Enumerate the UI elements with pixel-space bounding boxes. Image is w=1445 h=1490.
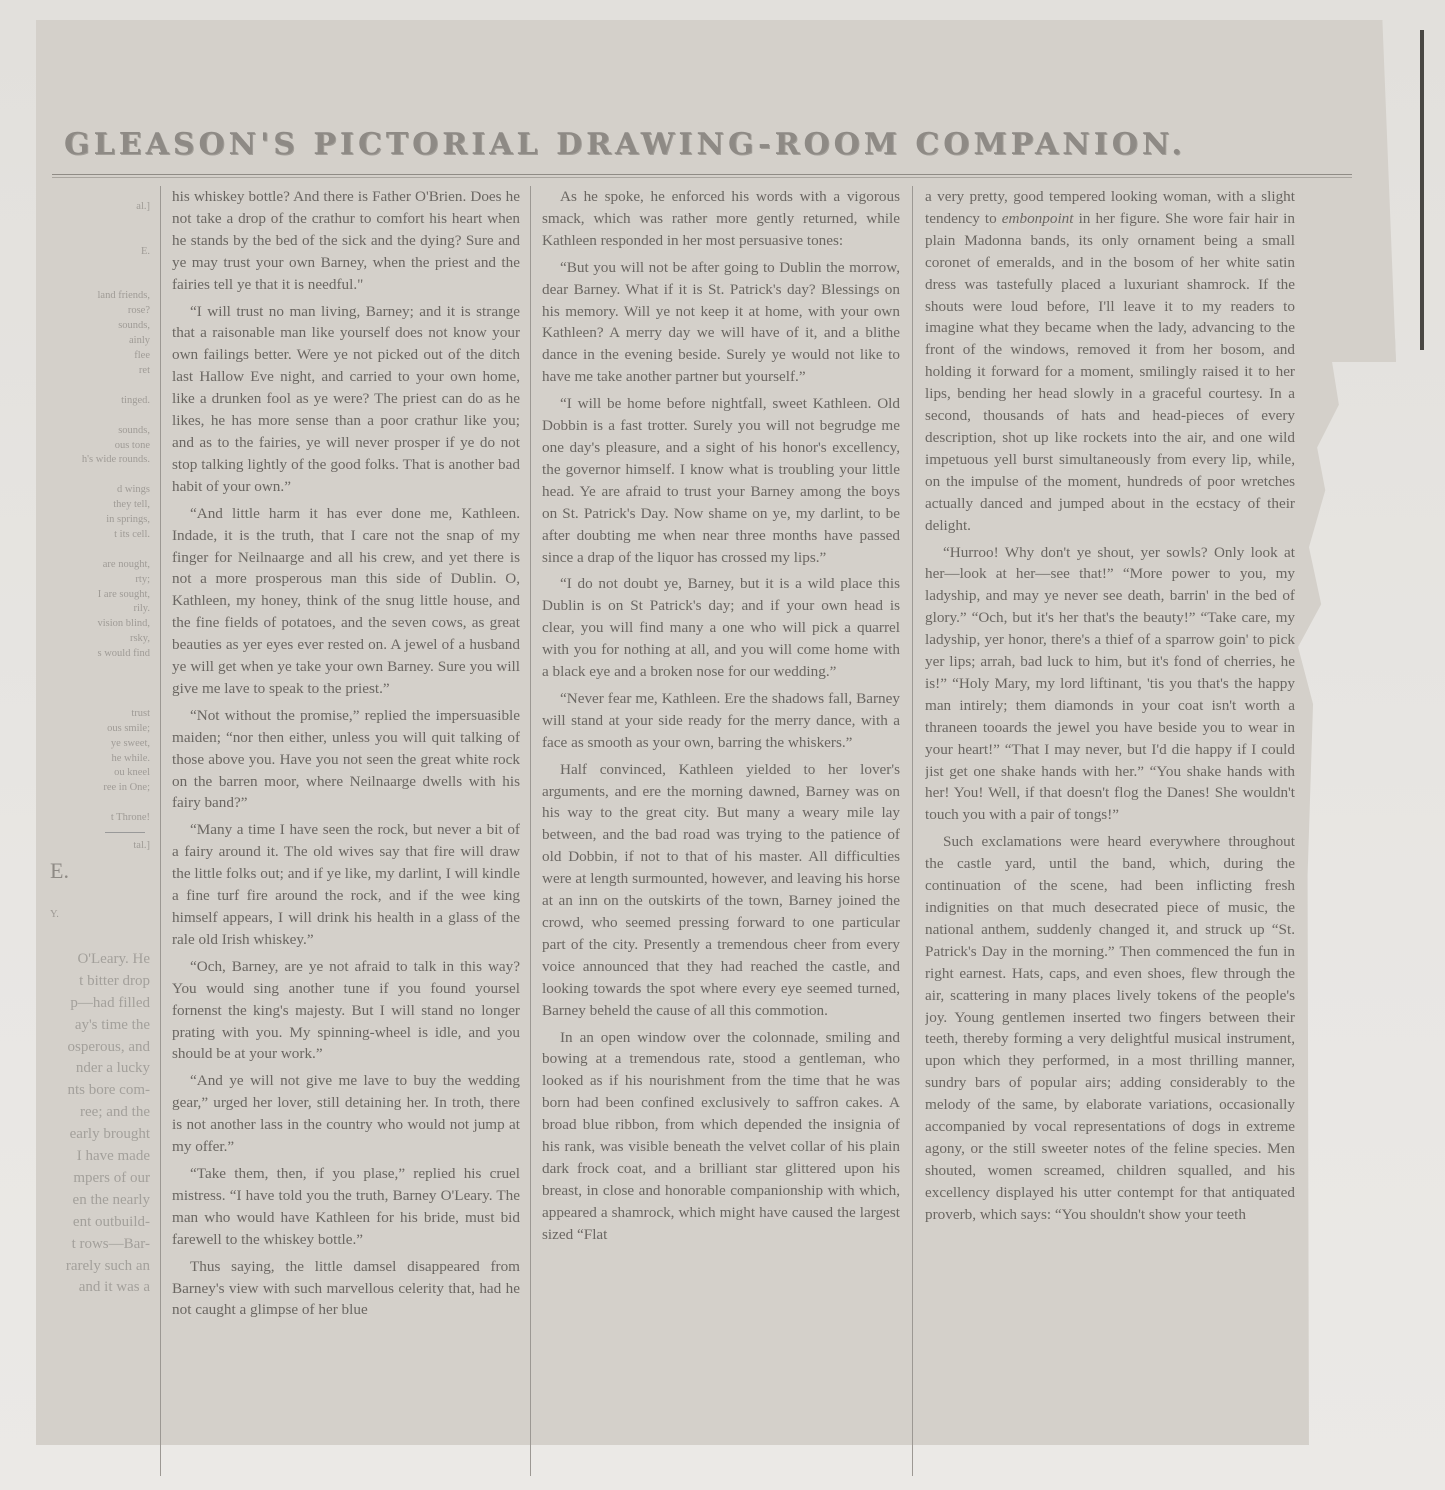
paragraph: Half convinced, Kathleen yielded to her … [542, 759, 900, 1022]
paragraph: In an open window over the colonnade, sm… [542, 1027, 900, 1246]
fragment-line: p—had filled [50, 993, 150, 1015]
fragment-line: s would find [50, 647, 150, 662]
fragment-line: rose? [50, 304, 150, 319]
fragment-line: mpers of our [50, 1168, 150, 1190]
fragment-line: rty; [50, 573, 150, 588]
fragment-line: O'Leary. He [50, 949, 150, 971]
fragment-line: en the nearly [50, 1190, 150, 1212]
fragment-line [50, 379, 150, 394]
paragraph: “I will be home before nightfall, sweet … [542, 393, 900, 568]
fragment-line [50, 260, 150, 275]
column-divider [912, 186, 913, 1476]
article-column-3: a very pretty, good tempered looking wom… [925, 186, 1295, 1476]
article-column-2: As he spoke, he enforced his words with … [542, 186, 900, 1476]
column-divider [160, 186, 161, 1476]
fragment-line: trust [50, 707, 150, 722]
paragraph: “Many a time I have seen the rock, but n… [172, 819, 520, 950]
fragment-line: al.] [50, 200, 150, 215]
fragment-line: rsky, [50, 632, 150, 647]
fragment-line [50, 409, 150, 424]
fragment-line: d wings [50, 483, 150, 498]
fragment-line: t bitter drop [50, 971, 150, 993]
masthead-title: Gleason's Pictorial Drawing-Room Compani… [64, 127, 1044, 167]
fragment-line: they tell, [50, 498, 150, 513]
fragment-line [50, 215, 150, 230]
paragraph: Such exclamations were heard everywhere … [925, 831, 1295, 1225]
left-column-fragment: al.] E. land friends,rose?sounds,ainlyfl… [50, 200, 150, 1460]
fragment-line: ret [50, 364, 150, 379]
paragraph: his whiskey bottle? And there is Father … [172, 186, 520, 296]
paragraph: “And little harm it has ever done me, Ka… [172, 503, 520, 700]
fragment-line: h's wide rounds. [50, 453, 150, 468]
poem-fragment: al.] E. land friends,rose?sounds,ainlyfl… [50, 200, 150, 923]
paragraph: “I do not doubt ye, Barney, but it is a … [542, 573, 900, 683]
paragraph: “Och, Barney, are ye not afraid to talk … [172, 956, 520, 1066]
paragraph: “But you will not be after going to Dubl… [542, 257, 900, 388]
fragment-line: early brought [50, 1124, 150, 1146]
fragment-line: t its cell. [50, 528, 150, 543]
fragment-line [50, 677, 150, 692]
fragment-line: nder a lucky [50, 1058, 150, 1080]
paragraph: “I will trust no man living, Barney; and… [172, 301, 520, 498]
fragment-line: in springs, [50, 513, 150, 528]
fragment-line: ree in One; [50, 781, 150, 796]
paragraph: “Never fear me, Kathleen. Ere the shadow… [542, 688, 900, 754]
masthead-rule [52, 174, 1352, 175]
fragment-line: tinged. [50, 394, 150, 409]
fragment-line [50, 543, 150, 558]
fragment-line: t Throne! [50, 811, 150, 826]
fragment-line: are nought, [50, 558, 150, 573]
fragment-line: vision blind, [50, 617, 150, 632]
section-rule [105, 832, 145, 833]
fragment-line: ainly [50, 334, 150, 349]
article-column-1: his whiskey bottle? And there is Father … [172, 186, 520, 1476]
fragment-line: ree; and the [50, 1102, 150, 1124]
fragment-line [50, 468, 150, 483]
paragraph: “Take them, then, if you plase,” replied… [172, 1163, 520, 1251]
byline-fragment: Y. [50, 908, 150, 923]
paragraph: “Hurroo! Why don't ye shout, yer sowls? … [925, 542, 1295, 827]
fragment-line: rarely such an [50, 1256, 150, 1278]
paragraph: As he spoke, he enforced his words with … [542, 186, 900, 252]
fragment-line: osperous, and [50, 1037, 150, 1059]
fragment-line: sounds, [50, 424, 150, 439]
fragment-line: rily. [50, 602, 150, 617]
page-edge-shadow [1420, 30, 1424, 350]
fragment-line: ous smile; [50, 722, 150, 737]
fragment-line: tal.] [50, 839, 150, 854]
paragraph: Thus saying, the little damsel disappear… [172, 1256, 520, 1322]
fragment-line: he while. [50, 752, 150, 767]
heading-fragment: E. [50, 854, 150, 888]
fragment-line [50, 662, 150, 677]
fragment-line [50, 230, 150, 245]
paragraph: a very pretty, good tempered looking wom… [925, 186, 1295, 537]
fragment-line: ay's time the [50, 1015, 150, 1037]
fragment-line: ent outbuild- [50, 1212, 150, 1234]
fragment-line: t rows—Bar- [50, 1234, 150, 1256]
fragment-line [50, 692, 150, 707]
fragment-line: flee [50, 349, 150, 364]
fragment-line [50, 796, 150, 811]
italic-word: embonpoint [997, 210, 1074, 227]
fragment-line: E. [50, 245, 150, 260]
fragment-line [50, 275, 150, 290]
fragment-line: nts bore com- [50, 1080, 150, 1102]
paragraph: “And ye will not give me lave to buy the… [172, 1070, 520, 1158]
fragment-line: sounds, [50, 319, 150, 334]
fragment-line: ou kneel [50, 766, 150, 781]
fragment-line: land friends, [50, 289, 150, 304]
column-divider [530, 186, 531, 1476]
fragment-line: I are sought, [50, 588, 150, 603]
prose-fragment: O'Leary. Het bitter dropp—had filleday's… [50, 949, 150, 1300]
fragment-line: and it was a [50, 1277, 150, 1299]
masthead-rule-secondary [52, 177, 1352, 178]
paragraph: “Not without the promise,” replied the i… [172, 705, 520, 815]
fragment-line: I have made [50, 1146, 150, 1168]
fragment-line: ye sweet, [50, 737, 150, 752]
fragment-line: ous tone [50, 439, 150, 454]
